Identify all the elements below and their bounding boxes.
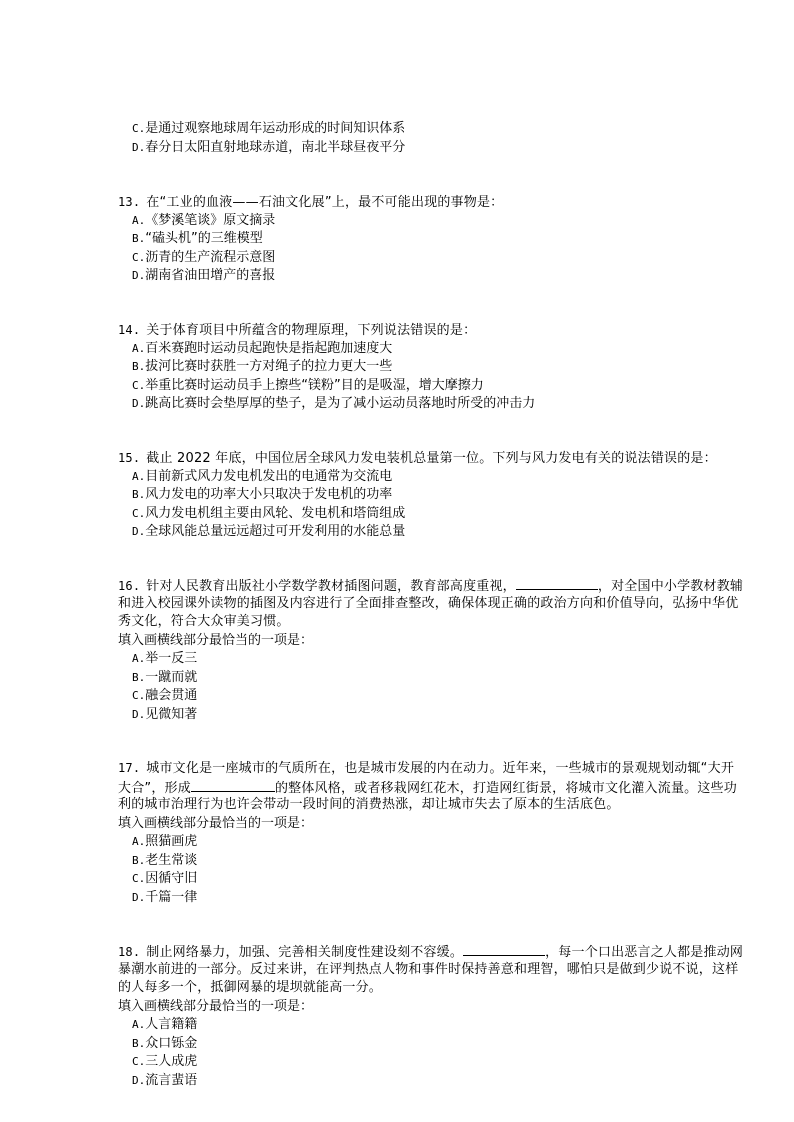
option-d: D.湖南省油田增产的喜报: [118, 267, 790, 286]
question-14: 14.关于体育项目中所蕴含的物理原理，下列说法错误的是： A.百米赛跑时运动员起…: [118, 321, 790, 414]
option-a: A.目前新式风力发电机发出的电通常为交流电: [118, 468, 790, 487]
question-prompt: 填入画横线部分最恰当的一项是：: [118, 632, 790, 651]
question-16: 16.针对人民教育出版社小学数学教材插图问题，教育部高度重视，，对全国中小学教材…: [118, 576, 790, 724]
fill-blank: [191, 778, 275, 792]
fill-blank: [463, 942, 545, 956]
question-17: 17.城市文化是一座城市的气质所在，也是城市发展的内在动力。近年来，一些城市的景…: [118, 759, 790, 907]
question-stem-line-3: 秀文化，符合大众审美习惯。: [118, 613, 790, 632]
prev-question-options: C.是通过观察地球周年运动形成的时间知识体系 D.春分日太阳直射地球赤道，南北半…: [118, 120, 790, 157]
option-d: D.千篇一律: [118, 889, 790, 908]
option-d: D.全球风能总量远远超过可开发利用的水能总量: [118, 523, 790, 542]
option-b: B.拔河比赛时获胜一方对绳子的拉力更大一些: [118, 358, 790, 377]
question-18: 18.制止网络暴力，加强、完善相关制度性建设刻不容缓。，每一个口出恶言之人都是推…: [118, 942, 790, 1090]
option-a: A.照猫画虎: [118, 833, 790, 852]
option-a: A.人言籍籍: [118, 1016, 790, 1035]
question-stem: 15.截止 2022 年底，中国位居全球风力发电装机总量第一位。下列与风力发电有…: [118, 449, 790, 468]
option-a: A.《梦溪笔谈》原文摘录: [118, 212, 790, 231]
option-d: D.春分日太阳直射地球赤道，南北半球昼夜平分: [118, 139, 790, 158]
question-15: 15.截止 2022 年底，中国位居全球风力发电装机总量第一位。下列与风力发电有…: [118, 449, 790, 542]
question-13: 13.在“工业的血液——石油文化展”上，最不可能出现的事物是： A.《梦溪笔谈》…: [118, 193, 790, 286]
document-page: C.是通过观察地球周年运动形成的时间知识体系 D.春分日太阳直射地球赤道，南北半…: [0, 0, 794, 1122]
option-c: C.举重比赛时运动员手上擦些“镁粉”目的是吸湿，增大摩擦力: [118, 377, 790, 396]
question-stem-line-2: 暴潮水前进的一部分。反过来讲，在评判热点人物和事件时保持善意和理智，哪怕只是做到…: [118, 961, 790, 980]
question-stem-line-3: 利的城市治理行为也许会带动一段时间的消费热涨，却让城市失去了原本的生活底色。: [118, 796, 790, 815]
option-c: C.因循守旧: [118, 870, 790, 889]
option-c: C.沥青的生产流程示意图: [118, 249, 790, 268]
question-stem-line-2: 和进入校园课外读物的插图及内容进行了全面排查整改，确保体现正确的政治方向和价值导…: [118, 595, 790, 614]
option-c: C.三人成虎: [118, 1053, 790, 1072]
option-b: B.一蹴而就: [118, 669, 790, 688]
fill-blank: [516, 576, 598, 590]
option-a: A.百米赛跑时运动员起跑快是指起跑加速度大: [118, 340, 790, 359]
question-prompt: 填入画横线部分最恰当的一项是：: [118, 815, 790, 834]
option-d: D.见微知著: [118, 706, 790, 725]
option-c: C.是通过观察地球周年运动形成的时间知识体系: [118, 120, 790, 139]
question-stem-line-1: 17.城市文化是一座城市的气质所在，也是城市发展的内在动力。近年来，一些城市的景…: [118, 759, 790, 778]
question-stem: 14.关于体育项目中所蕴含的物理原理，下列说法错误的是：: [118, 321, 790, 340]
option-d: D.跳高比赛时会垫厚厚的垫子，是为了减小运动员落地时所受的冲击力: [118, 395, 790, 414]
question-stem-line-2: 大合”，形成的整体风格，或者移栽网红花木，打造网红街景，将城市文化灌入流量。这些…: [118, 778, 790, 797]
option-b: B.老生常谈: [118, 852, 790, 871]
option-d: D.流言蜚语: [118, 1072, 790, 1091]
option-b: B.众口铄金: [118, 1035, 790, 1054]
option-a: A.举一反三: [118, 650, 790, 669]
option-b: B.“磕头机”的三维模型: [118, 230, 790, 249]
option-c: C.风力发电机组主要由风轮、发电机和塔筒组成: [118, 505, 790, 524]
question-stem-line-3: 的人每多一个，抵御网暴的堤坝就能高一分。: [118, 979, 790, 998]
question-stem-line-1: 18.制止网络暴力，加强、完善相关制度性建设刻不容缓。，每一个口出恶言之人都是推…: [118, 942, 790, 961]
question-prompt: 填入画横线部分最恰当的一项是：: [118, 998, 790, 1017]
option-c: C.融会贯通: [118, 687, 790, 706]
option-b: B.风力发电的功率大小只取决于发电机的功率: [118, 486, 790, 505]
question-stem: 13.在“工业的血液——石油文化展”上，最不可能出现的事物是：: [118, 193, 790, 212]
question-stem-line-1: 16.针对人民教育出版社小学数学教材插图问题，教育部高度重视，，对全国中小学教材…: [118, 576, 790, 595]
